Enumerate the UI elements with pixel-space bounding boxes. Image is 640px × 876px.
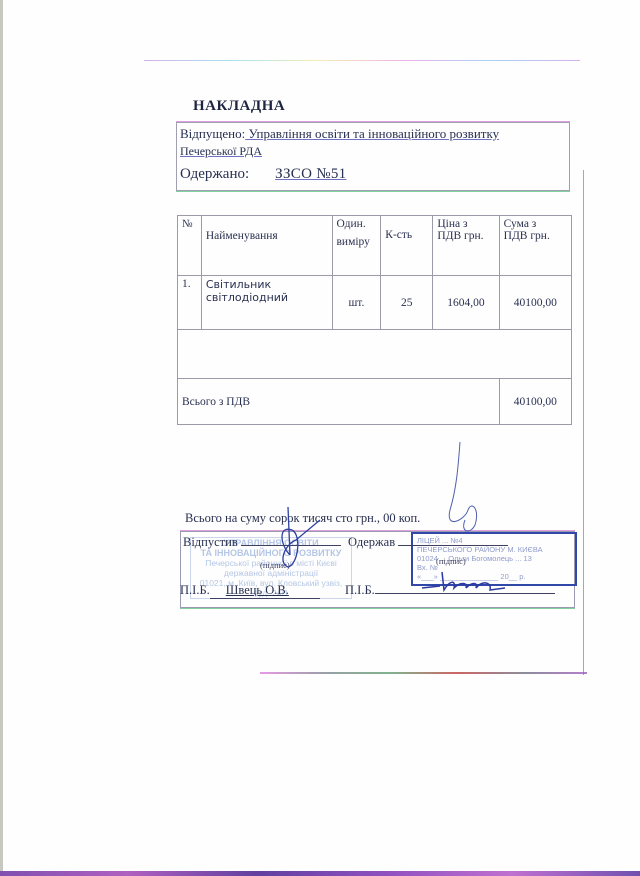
issued-by-value: Управління освіти та інноваційного розви… <box>245 126 499 141</box>
row-sum: 40100,00 <box>499 276 571 330</box>
released-signature-line <box>241 545 341 546</box>
released-name-line: Швець О.В. <box>210 583 320 599</box>
received-signature-hint: (підпис) <box>436 556 466 566</box>
scan-footer-bar <box>0 871 640 876</box>
table-total-row: Всього з ПДВ 40100,00 <box>178 379 572 425</box>
received-name-label: П.І.Б. <box>345 583 375 597</box>
scan-right-edge <box>583 170 584 675</box>
received-by-row: Одержав <box>348 535 508 550</box>
table-header-row: № Найменування Один. виміру К-сть Ціна з… <box>178 216 572 276</box>
issued-by-line-2: Печерської РДА <box>180 144 262 159</box>
total-value: 40100,00 <box>499 379 571 425</box>
released-name-row: П.І.Б.Швець О.В. <box>180 583 320 599</box>
parties-box: Відпущено: Управління освіти та інноваці… <box>176 122 570 191</box>
empty-cell <box>178 330 572 379</box>
bottom-rule <box>260 672 587 674</box>
header-qty: К-сть <box>381 216 433 276</box>
header-price-line1: Ціна з <box>437 218 494 230</box>
invoice-table: № Найменування Один. виміру К-сть Ціна з… <box>177 215 572 425</box>
header-price-line2: ПДВ грн. <box>437 230 494 242</box>
scanned-invoice-page: НАКЛАДНА Відпущено: Управління освіти та… <box>0 0 640 876</box>
row-unit: шт. <box>332 276 381 330</box>
received-by-label: Одержано: <box>180 166 249 182</box>
received-by-value: ЗЗСО №51 <box>249 166 346 182</box>
row-name-line2: світлодіодний <box>206 291 328 304</box>
row-price: 1604,00 <box>433 276 499 330</box>
released-name-label: П.І.Б. <box>180 583 210 597</box>
row-no: 1. <box>178 276 202 330</box>
header-sum-line2: ПДВ грн. <box>504 230 567 242</box>
stamp-receiver-line5: «___» ______________ 20__ р. <box>417 572 571 581</box>
table-row: 1. Світильник світлодіодний шт. 25 1604,… <box>178 276 572 330</box>
received-label: Одержав <box>348 535 395 549</box>
scan-left-edge <box>0 0 3 876</box>
document-title: НАКЛАДНА <box>193 98 285 115</box>
header-name: Найменування <box>201 216 332 276</box>
signature-receiver-icon <box>420 440 500 540</box>
header-unit-line1: Один. <box>337 218 377 230</box>
received-by-line: Одержано:ЗЗСО №51 <box>180 166 346 183</box>
released-label: Відпустив <box>183 535 238 549</box>
issued-by-label: Відпущено: <box>180 126 245 141</box>
issued-by-value-cont: Печерської РДА <box>180 144 262 158</box>
header-no: № <box>178 216 202 276</box>
released-by-row: Відпустив <box>183 535 341 550</box>
row-name-line1: Світильник <box>206 278 328 291</box>
received-signature-line <box>398 545 508 546</box>
table-empty-row <box>178 330 572 379</box>
released-signature-hint: (підпис) <box>260 560 290 570</box>
header-unit-line2: виміру <box>337 230 377 254</box>
total-in-words: Всього на суму сорок тисяч сто грн., 00 … <box>185 511 420 526</box>
top-rule <box>144 60 580 61</box>
total-label: Всього з ПДВ <box>178 379 500 425</box>
header-sum-line1: Сума з <box>504 218 567 230</box>
row-qty: 25 <box>381 276 433 330</box>
header-sum: Сума з ПДВ грн. <box>499 216 571 276</box>
header-price: Ціна з ПДВ грн. <box>433 216 499 276</box>
header-unit: Один. виміру <box>332 216 381 276</box>
received-name-row: П.І.Б. <box>345 583 555 598</box>
received-name-line <box>375 593 555 594</box>
row-name: Світильник світлодіодний <box>201 276 332 330</box>
issued-by-line: Відпущено: Управління освіти та інноваці… <box>180 126 499 142</box>
released-name: Швець О.В. <box>210 583 289 597</box>
